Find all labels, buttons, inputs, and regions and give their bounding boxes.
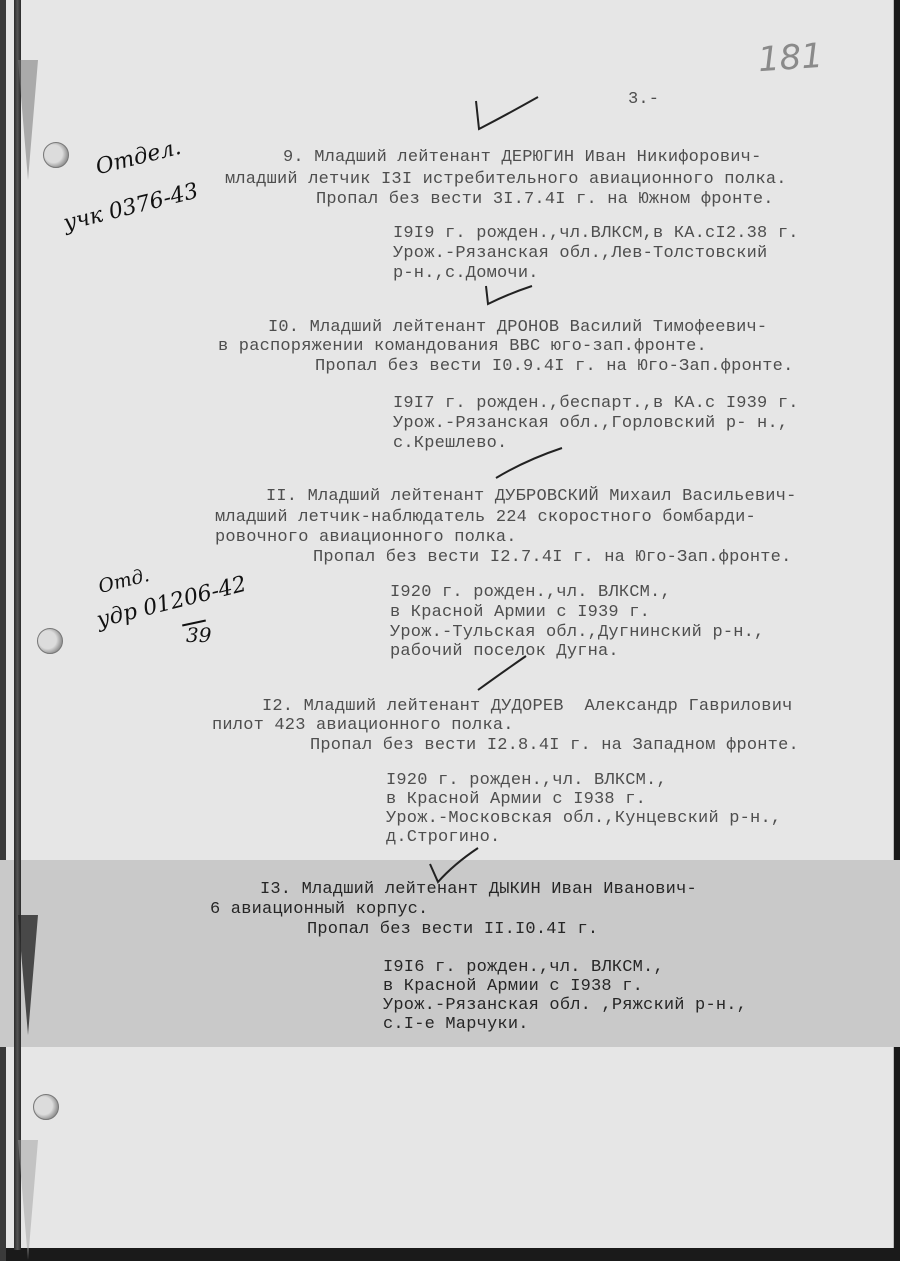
- entry-bio-line: с.Крешлево.: [393, 434, 507, 454]
- entry-bio-line: в Красной Армии с I938 г.: [383, 977, 643, 997]
- entry-bio-line: Урож.-Рязанская обл.,Лев-Толстовский: [393, 244, 767, 264]
- entry-missing: Пропал без вести I0.9.4I г. на Юго-Зап.ф…: [315, 357, 793, 377]
- entry-missing: Пропал без вести 3I.7.4I г. на Южном фро…: [316, 190, 774, 210]
- entry-number: II.: [266, 487, 297, 506]
- entry-position: в распоряжении командования ВВС юго-зап.…: [218, 337, 707, 357]
- entry-missing: Пропал без вести II.I0.4I г.: [307, 920, 598, 940]
- entry-bio-line: I9I6 г. рожден.,чл. ВЛКСМ.,: [383, 958, 664, 978]
- entry-heading: Младший лейтенант ДЫКИН Иван Иванович-: [302, 880, 697, 899]
- entry-bio-line: д.Строгино.: [386, 828, 500, 848]
- page-number: 3.-: [628, 90, 659, 110]
- check-mark-icon: [486, 284, 536, 304]
- entry-bio-line: Урож.-Московская обл.,Кунцевский р-н.,: [386, 809, 781, 829]
- entry-heading: Младший лейтенант ДУДОРЕВ Александр Гавр…: [304, 697, 793, 716]
- entry-bio-line: с.I-е Марчуки.: [383, 1015, 529, 1035]
- punch-hole: [37, 628, 63, 654]
- entry-bio-line: р-н.,с.Домочи.: [393, 264, 539, 284]
- entry-bio-line: I9I7 г. рожден.,беспарт.,в КА.с I939 г.: [393, 394, 799, 414]
- tape-strip: [18, 915, 38, 1035]
- entry-bio-line: I9I9 г. рожден.,чл.ВЛКСМ,в КА.сI2.38 г.: [393, 224, 799, 244]
- entry-heading: Младший лейтенант ДУБРОВСКИЙ Михаил Васи…: [308, 487, 797, 506]
- entry-bio-line: I920 г. рожден.,чл. ВЛКСМ.,: [386, 771, 667, 791]
- scan-edge: [0, 0, 6, 1261]
- entry-position: 6 авиационный корпус.: [210, 900, 428, 920]
- entry-missing: Пропал без вести I2.7.4I г. на Юго-Зап.ф…: [313, 548, 791, 568]
- entry-bio-line: в Красной Армии с I938 г.: [386, 790, 646, 810]
- entry-bio-line: Урож.-Рязанская обл.,Горловский р- н.,: [393, 414, 788, 434]
- entry-position: пилот 423 авиационного полка.: [212, 716, 514, 736]
- entry-bio-line: рабочий поселок Дугна.: [390, 642, 619, 662]
- entry-position: младший летчик-наблюдатель 224 скоростно…: [215, 508, 756, 548]
- entry-number: 9.: [283, 148, 304, 167]
- check-mark-icon: [476, 97, 546, 127]
- punch-hole: [43, 142, 69, 168]
- punch-hole: [33, 1094, 59, 1120]
- handwritten-note: 39: [186, 623, 211, 647]
- entry-position: младший летчик I3I истребительного авиац…: [225, 170, 787, 190]
- entry-number: I2.: [262, 697, 293, 716]
- entry-bio-line: Урож.-Тульская обл.,Дугнинский р-н.,: [390, 623, 764, 643]
- tape-strip: [18, 60, 38, 180]
- check-mark-icon: [430, 848, 480, 882]
- entry-heading: Младший лейтенант ДЕРЮГИН Иван Никифоров…: [314, 148, 761, 167]
- entry-heading: Младший лейтенант ДРОНОВ Василий Тимофее…: [310, 318, 768, 337]
- entry-number: I3.: [260, 880, 291, 899]
- entry-bio-line: в Красной Армии с I939 г.: [390, 603, 650, 623]
- binding-thread: [14, 0, 21, 1250]
- entry-bio-line: I920 г. рожден.,чл. ВЛКСМ.,: [390, 583, 671, 603]
- entry-number: I0.: [268, 318, 299, 337]
- archive-sheet-number: 181: [757, 36, 825, 80]
- entry-missing: Пропал без вести I2.8.4I г. на Западном …: [310, 736, 799, 756]
- tape-strip: [18, 1140, 38, 1260]
- entry-bio-line: Урож.-Рязанская обл. ,Ряжский р-н.,: [383, 996, 747, 1016]
